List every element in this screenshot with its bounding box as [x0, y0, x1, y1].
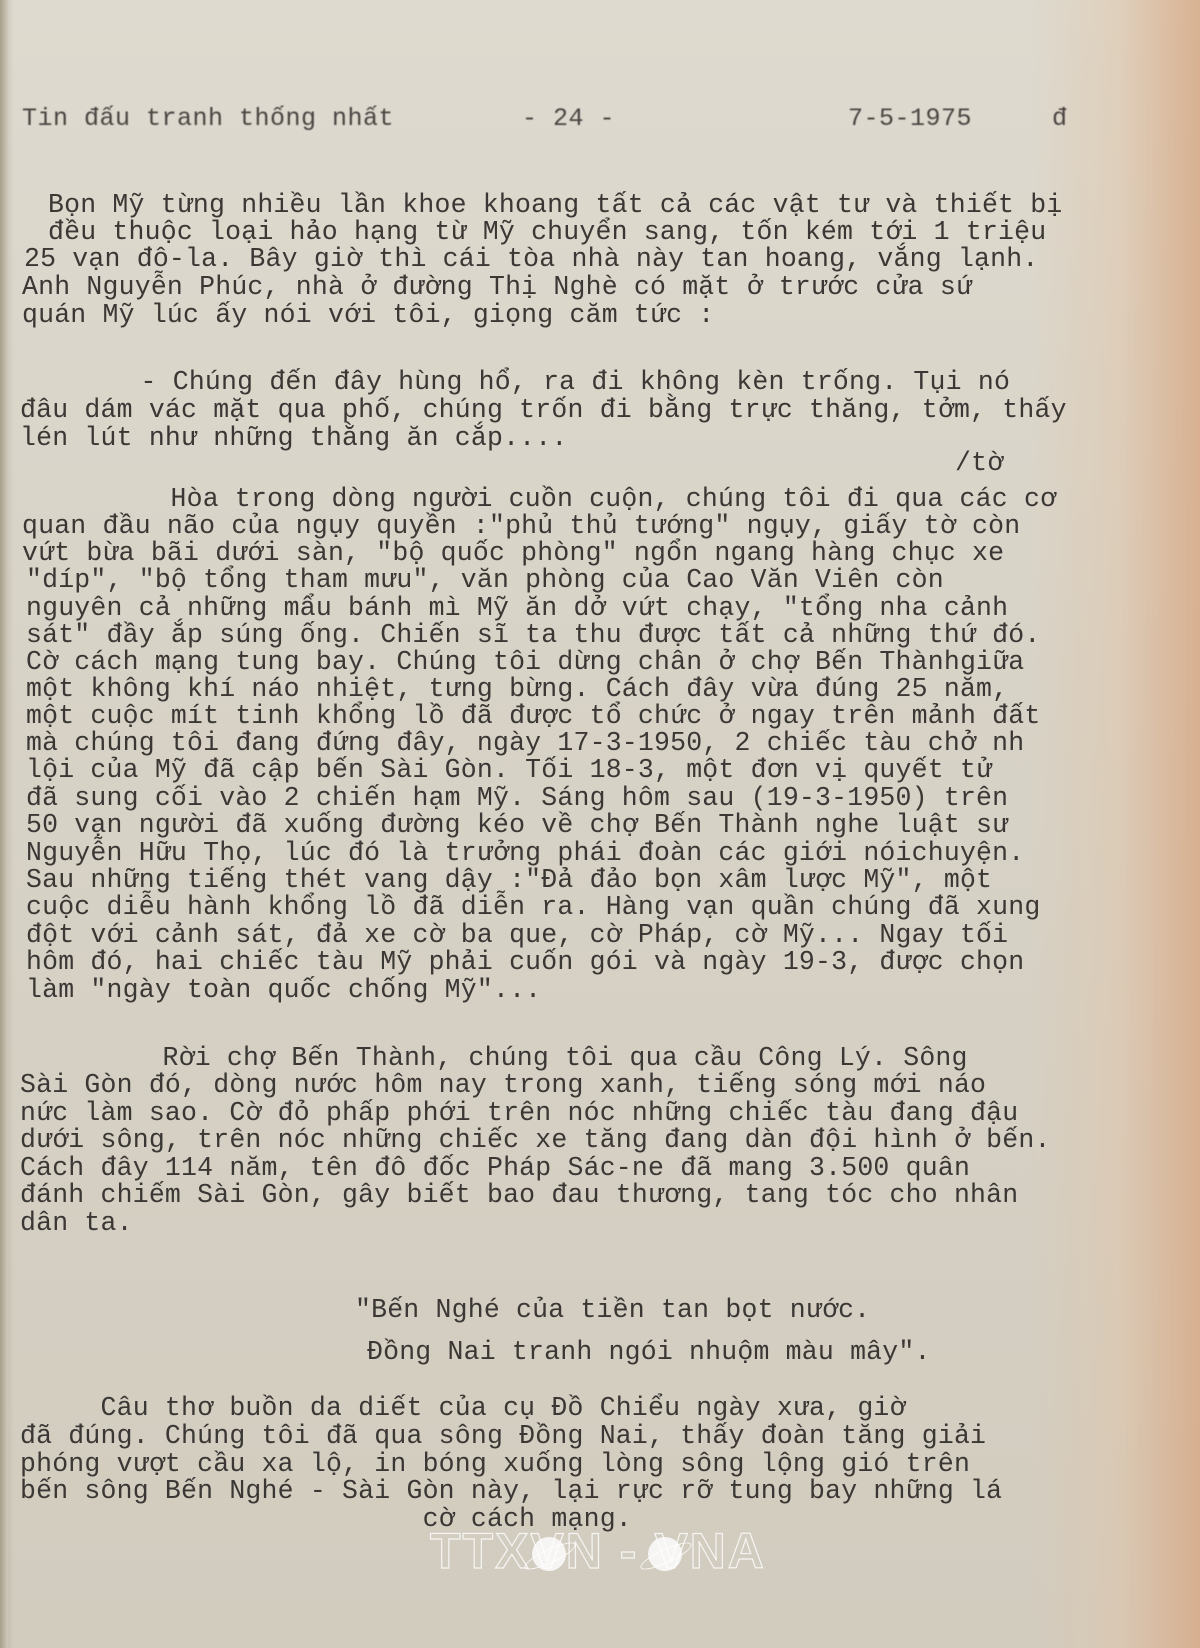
watermark: TTXVN - VNA [430, 1522, 766, 1580]
verse-line: "Bến Nghé của tiền tan bọt nước. [355, 1295, 870, 1325]
text-line: hôm đó, hai chiếc tàu Mỹ phải cuốn gói v… [26, 947, 1024, 977]
text-line: - Chúng đến đây hùng hổ, ra đi không kèn… [60, 367, 1010, 397]
header-mark: đ [1052, 104, 1068, 133]
text-line: Cách đây 114 năm, tên đô đốc Pháp Sác-ne… [20, 1153, 970, 1183]
text-line: Hòa trong dòng người cuồn cuộn, chúng tô… [90, 484, 1056, 514]
verse-line: Đồng Nai tranh ngói nhuộm màu mây". [367, 1337, 931, 1367]
text-line: vứt bừa bãi dưới sàn, "bộ quốc phòng" ng… [22, 538, 1004, 568]
text-line: lội của Mỹ đã cập bến Sài Gòn. Tối 18-3,… [26, 755, 992, 785]
document-page: Tin đấu tranh thống nhất - 24 - 7-5-1975… [0, 0, 1200, 1648]
globe-logo-icon [532, 1537, 566, 1571]
text-line: đột với cảnh sát, đả xe cờ ba que, cờ Ph… [26, 920, 1008, 950]
text-line: Rời chợ Bến Thành, chúng tôi qua cầu Côn… [82, 1043, 968, 1073]
text-line: Nguyễn Hữu Thọ, lúc đó là trưởng phái đo… [26, 838, 1024, 868]
paper-left-edge [0, 0, 8, 1648]
text-line: Anh Nguyễn Phúc, nhà ở đường Thị Nghè có… [22, 272, 972, 302]
watermark-text: TTXVN - VNA [430, 1523, 766, 1579]
text-line: phóng vượt cầu xa lộ, in bóng xuống lòng… [20, 1449, 970, 1479]
continuation-mark: /tờ [955, 448, 1003, 478]
text-line: đều thuộc loại hảo hạng từ Mỹ chuyển san… [48, 217, 1046, 247]
header-title: Tin đấu tranh thống nhất [22, 104, 394, 133]
text-line: cuộc diễu hành khổng lồ đã diễn ra. Hàng… [26, 892, 1040, 922]
text-line: dưới sông, trên nóc những chiếc xe tăng … [20, 1125, 1051, 1155]
text-line: quan đầu não của ngụy quyền :"phủ thủ tư… [22, 511, 1020, 541]
text-line: quán Mỹ lúc ấy nói với tôi, giọng căm tứ… [22, 300, 714, 330]
text-line: lén lút như những thằng ăn cắp.... [20, 423, 568, 453]
text-line: đã sung cối vào 2 chiến hạm Mỹ. Sáng hôm… [26, 783, 1008, 813]
text-line: Câu thơ buồn da diết của cụ Đồ Chiểu ngà… [20, 1393, 906, 1423]
text-line: đánh chiếm Sài Gòn, gây biết bao đau thư… [20, 1180, 1018, 1210]
text-line: dân ta. [20, 1208, 133, 1238]
text-line: "díp", "bộ tổng tham mưu", văn phòng của… [26, 565, 944, 595]
text-line: 25 vạn đô-la. Bây giờ thì cái tòa nhà nà… [24, 244, 1038, 274]
text-line: Bọn Mỹ từng nhiều lần khoe khoang tất cả… [48, 190, 1062, 220]
text-line: Sài Gòn đó, dòng nước hôm nay trong xanh… [20, 1070, 986, 1100]
text-line: nguyên cả những mẩu bánh mì Mỹ ăn dở vứt… [26, 593, 1008, 623]
header-date: 7-5-1975 [848, 104, 972, 133]
text-line: đã đúng. Chúng tôi đã qua sông Đồng Nai,… [20, 1421, 986, 1451]
text-line: bến sông Bến Nghé - Sài Gòn này, lại rực… [20, 1476, 1002, 1506]
text-line: một cuộc mít tinh khổng lồ đã được tổ ch… [26, 701, 1040, 731]
text-line: làm "ngày toàn quốc chống Mỹ"... [26, 975, 541, 1005]
text-line: Sau những tiếng thét vang dậy :"Đả đảo b… [26, 865, 992, 895]
text-line: đâu dám vác mặt qua phố, chúng trốn đi b… [20, 395, 1067, 425]
text-line: 50 vạn người đã xuống đường kéo về chợ B… [26, 810, 1008, 840]
page-number: - 24 - [522, 104, 615, 133]
text-line: sát" đầy ắp súng ống. Chiến sĩ ta thu đư… [26, 620, 1040, 650]
globe-logo-icon [648, 1537, 682, 1571]
text-line: nức làm sao. Cờ đỏ phấp phới trên nóc nh… [20, 1098, 1018, 1128]
text-line: một không khí náo nhiệt, tưng bừng. Cách… [26, 674, 1008, 704]
text-line: Cờ cách mạng tung bay. Chúng tôi dừng ch… [26, 647, 1024, 677]
text-line: mà chúng tôi đang đứng đây, ngày 17-3-19… [26, 728, 1024, 758]
